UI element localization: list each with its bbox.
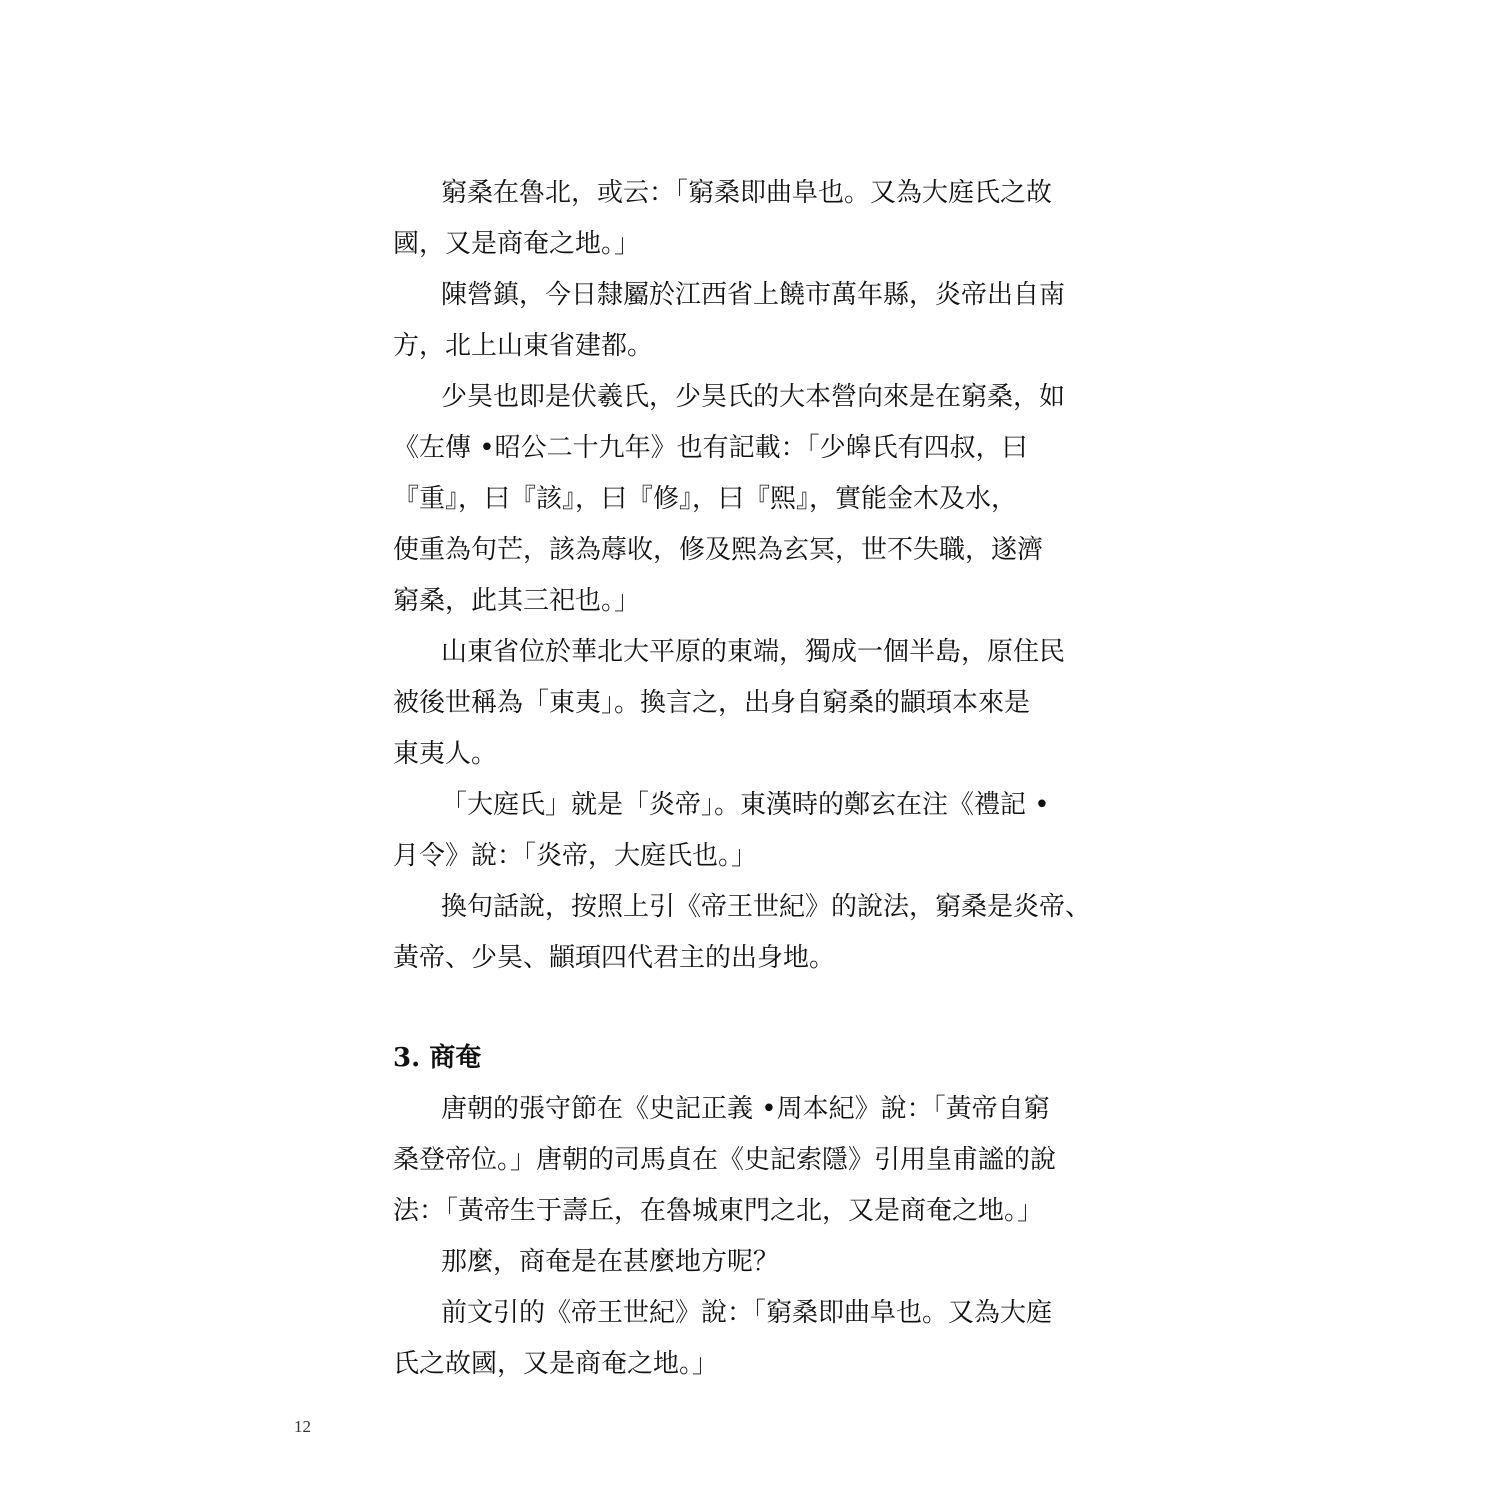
text-line: 法：「黃帝生于壽丘，在魯城東門之北，又是商奄之地。」 xyxy=(393,1194,1043,1228)
text-line: 唐朝的張守節在《史記正義 •周本紀》說：「黃帝自窮 xyxy=(441,1092,1050,1126)
text-line: 「大庭氏」就是「炎帝」。東漢時的鄭玄在注《禮記 • xyxy=(441,788,1050,822)
text-line: 國，又是商奄之地。」 xyxy=(393,227,640,261)
page-number: 12 xyxy=(294,1417,311,1437)
document-page: 窮桑在魯北，或云：「窮桑即曲阜也。又為大庭氏之故 國，又是商奄之地。」 陳營鎮，… xyxy=(0,0,1500,1500)
text-line: 陳營鎮，今日隸屬於江西省上饒市萬年縣，炎帝出自南 xyxy=(441,278,1065,312)
text-line: 少昊也即是伏羲氏，少昊氏的大本營向來是在窮桑，如 xyxy=(441,380,1065,414)
text-line: 窮桑，此其三祀也。」 xyxy=(393,584,640,618)
text-line: 被後世稱為「東夷」。換言之，出身自窮桑的顓頊本來是 xyxy=(393,686,1030,720)
text-line: 前文引的《帝王世紀》說：「窮桑即曲阜也。又為大庭 xyxy=(441,1296,1052,1330)
text-line: 換句話說，按照上引《帝王世紀》的說法，窮桑是炎帝、 xyxy=(441,890,1091,924)
text-line: 東夷人。 xyxy=(393,737,497,771)
text-line: 方，北上山東省建都。 xyxy=(393,329,653,363)
text-line: 氏之故國，又是商奄之地。」 xyxy=(393,1347,718,1381)
text-line: 窮桑在魯北，或云：「窮桑即曲阜也。又為大庭氏之故 xyxy=(441,176,1052,210)
text-line: 使重為句芒，該為蓐收，修及熙為玄冥，世不失職，遂濟 xyxy=(393,533,1043,567)
text-line: 月令》說：「炎帝，大庭氏也。」 xyxy=(393,839,757,873)
text-line: 桑登帝位。」唐朝的司馬貞在《史記索隱》引用皇甫謐的說 xyxy=(393,1143,1056,1177)
text-line: 『重』，曰『該』，曰『修』，曰『熙』，實能金木及水， xyxy=(393,482,1017,516)
text-line: 黃帝、少昊、顓頊四代君主的出身地。 xyxy=(393,941,835,975)
text-line: 那麼，商奄是在甚麼地方呢？ xyxy=(441,1245,779,1279)
text-line: 《左傳 •昭公二十九年》也有記載：「少皞氏有四叔，曰 xyxy=(393,431,1028,465)
section-heading: 3. 商奄 xyxy=(393,1041,481,1075)
text-line: 山東省位於華北大平原的東端，獨成一個半島，原住民 xyxy=(441,635,1065,669)
